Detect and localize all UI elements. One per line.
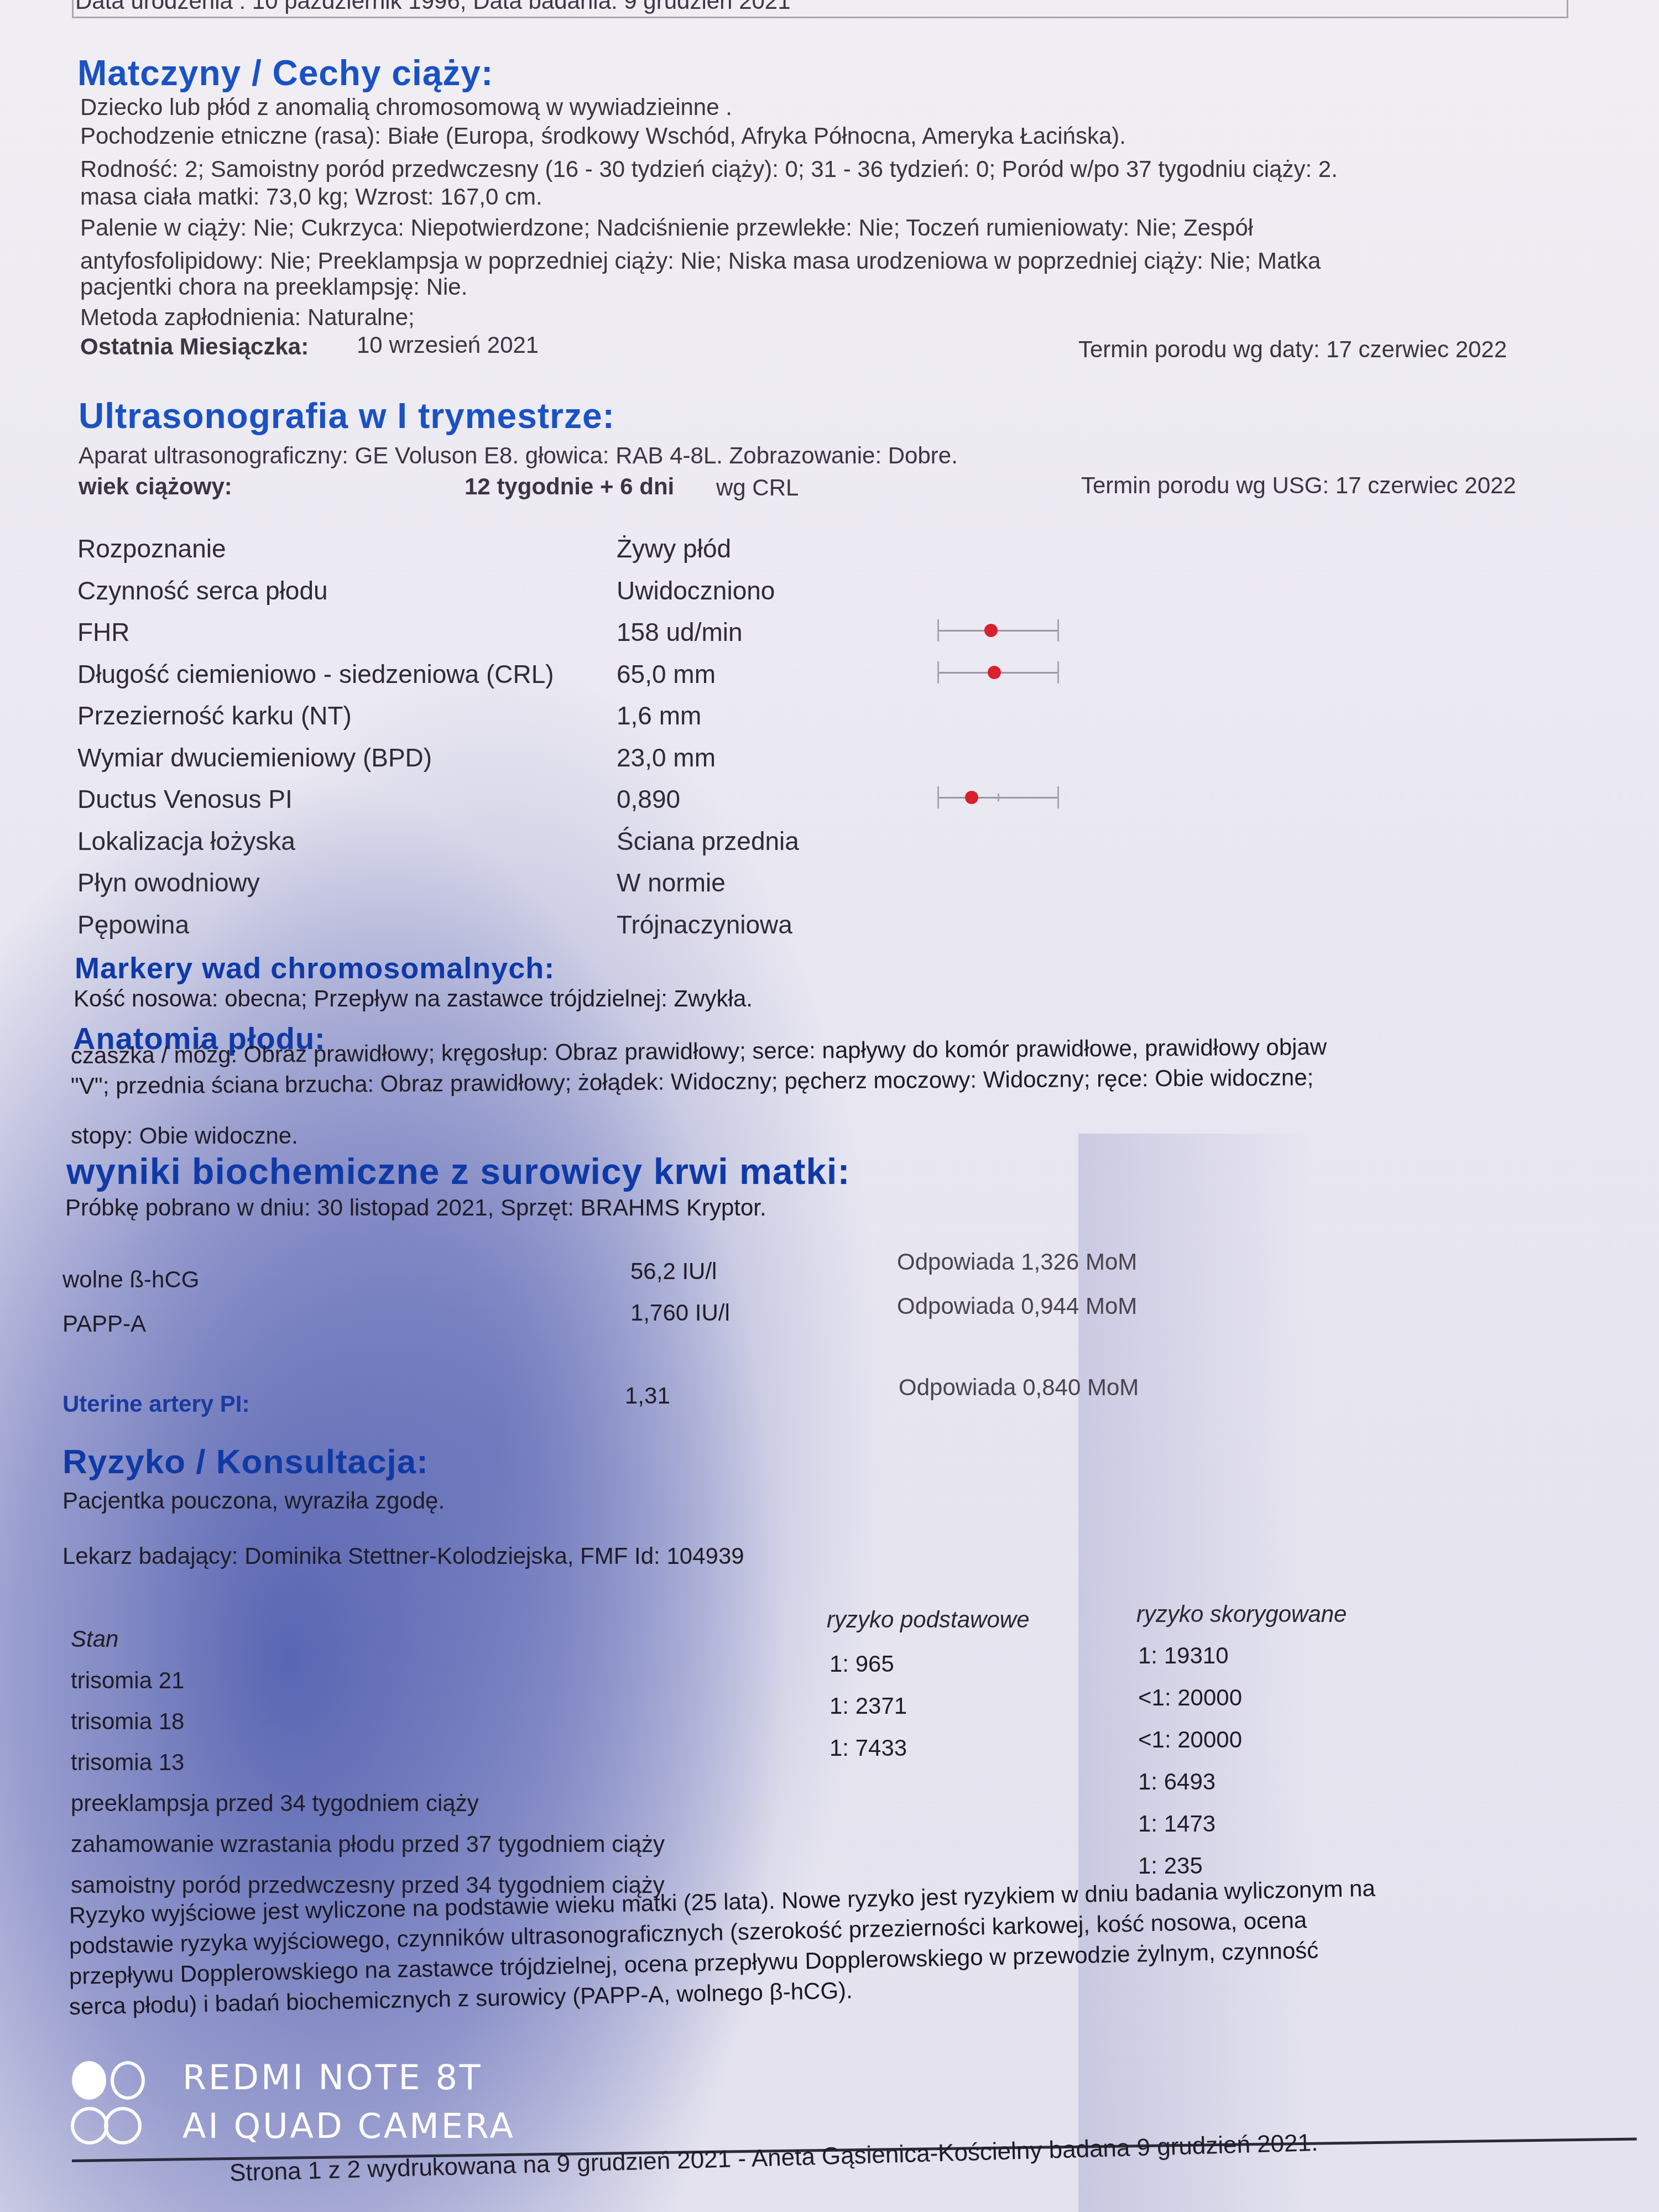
risk-adjusted-value: 1: 19310 [1138, 1642, 1229, 1669]
maternal-line: antyfosfolipidowy: Nie; Preeklampsja w p… [80, 248, 1321, 274]
reference-range-gauge [937, 786, 1059, 808]
biochem-mom: Odpowiada 1,326 MoM [897, 1249, 1137, 1275]
risk-base-value: 1: 7433 [830, 1735, 907, 1761]
document-page: Data urodzenia : 10 październik 1996, Da… [0, 0, 1659, 2212]
biochem-value: 1,760 IU/l [630, 1300, 730, 1326]
uterine-artery-mom: Odpowiada 0,840 MoM [899, 1374, 1139, 1401]
ultrasound-row-value: 158 ud/min [617, 617, 743, 647]
risk-condition: preeklampsja przed 34 tygodniem ciąży [71, 1790, 479, 1817]
risk-header-condition: Stan [71, 1626, 118, 1652]
risk-header-adjusted: ryzyko skorygowane [1136, 1601, 1347, 1627]
biochem-sample-line: Próbkę pobrano w dniu: 30 listopad 2021,… [65, 1194, 766, 1221]
section-title-maternal: Matczyny / Cechy ciąży: [77, 53, 493, 93]
uterine-artery-label: Uterine artery PI: [62, 1391, 249, 1417]
risk-condition: trisomia 13 [71, 1749, 184, 1776]
ultrasound-row-value: Trójnaczyniowa [617, 910, 792, 940]
ultrasound-row-label: Wymiar dwuciemieniowy (BPD) [77, 743, 432, 773]
watermark-dot-icon [72, 2061, 106, 2100]
ultrasound-row-value: 65,0 mm [617, 659, 716, 689]
risk-condition: trisomia 21 [71, 1667, 184, 1694]
watermark-model: REDMI NOTE 8T [182, 2057, 483, 2098]
ultrasound-row-label: FHR [77, 617, 130, 647]
ultrasound-row-value: Ściana przednia [617, 826, 799, 856]
biochem-mom: Odpowiada 0,944 MoM [897, 1293, 1137, 1319]
maternal-line: pacjentki chora na preeklampsję: Nie. [80, 274, 467, 300]
ultrasound-row-label: Płyn owodniowy [77, 868, 260, 898]
reference-range-gauge [937, 619, 1059, 641]
anatomy-line: "V"; przednia ściana brzucha: Obraz praw… [71, 1064, 1314, 1099]
measurement-marker [984, 624, 998, 637]
risk-adjusted-value: 1: 6493 [1138, 1768, 1215, 1795]
ultrasound-row-value: Żywy płód [617, 534, 731, 564]
risk-adjusted-value: <1: 20000 [1138, 1684, 1242, 1711]
ultrasound-row-value: 1,6 mm [617, 701, 701, 731]
ultrasound-row-label: Ductus Venosus PI [77, 784, 293, 814]
markers-text: Kość nosowa: obecna; Przepływ na zastawc… [74, 985, 753, 1012]
reference-range-gauge [937, 661, 1059, 684]
maternal-line: Palenie w ciąży: Nie; Cukrzyca: Niepotwi… [80, 215, 1253, 241]
due-date-by-usg: Termin porodu wg USG: 17 czerwiec 2022 [1081, 472, 1516, 499]
risk-condition: trisomia 18 [71, 1708, 184, 1735]
maternal-line: Dziecko lub płód z anomalią chromosomową… [80, 94, 732, 121]
gestational-age-label: wiek ciążowy: [79, 473, 232, 500]
biochem-label: PAPP-A [62, 1311, 146, 1337]
uterine-artery-value: 1,31 [625, 1383, 670, 1409]
ultrasound-row-value: 23,0 mm [617, 743, 716, 773]
biochem-label: wolne ß-hCG [62, 1266, 199, 1293]
patient-header-text: Data urodzenia : 10 październik 1996, Da… [75, 0, 791, 14]
risk-adjusted-value: 1: 235 [1138, 1853, 1203, 1879]
lmp-value: 10 wrzesień 2021 [357, 332, 539, 358]
maternal-line: Pochodzenie etniczne (rasa): Białe (Euro… [80, 123, 1126, 149]
watermark-ring-icon [111, 2061, 145, 2100]
anatomy-line: stopy: Obie widoczne. [71, 1123, 298, 1149]
ultrasound-row-value: 0,890 [617, 784, 680, 814]
measurement-marker [965, 791, 978, 804]
risk-base-value: 1: 965 [830, 1651, 894, 1677]
risk-header-base: ryzyko podstawowe [827, 1606, 1030, 1633]
ultrasound-row-label: Lokalizacja łożyska [77, 826, 295, 856]
watermark-infinity-icon [71, 2107, 148, 2146]
biochem-value: 56,2 IU/l [630, 1258, 717, 1285]
risk-base-value: 1: 2371 [830, 1693, 907, 1719]
risk-adjusted-value: <1: 20000 [1138, 1726, 1242, 1753]
section-title-risk: Ryzyko / Konsultacja: [62, 1442, 429, 1481]
ultrasound-row-label: Rozpoznanie [77, 534, 226, 564]
ultrasound-row-label: Czynność serca płodu [77, 576, 328, 606]
consent-text: Pacjentka pouczona, wyraziła zgodę. [62, 1488, 445, 1514]
lmp-label: Ostatnia Miesiączka: [80, 333, 309, 360]
section-title-markers: Markery wad chromosomalnych: [75, 951, 555, 985]
ultrasound-row-label: Przezierność karku (NT) [77, 701, 352, 731]
gestational-age-method: wg CRL [716, 474, 799, 501]
due-date-by-date: Termin porodu wg daty: 17 czerwiec 2022 [1078, 336, 1507, 363]
measurement-marker [988, 666, 1001, 679]
section-title-biochem: wyniki biochemiczne z surowicy krwi matk… [66, 1150, 850, 1192]
examining-doctor: Lekarz badający: Dominika Stettner-Kolod… [62, 1543, 744, 1569]
ultrasound-row-label: Pępowina [77, 910, 189, 940]
ultrasound-row-label: Długość ciemieniowo - siedzeniowa (CRL) [77, 659, 554, 689]
risk-adjusted-value: 1: 1473 [1138, 1811, 1215, 1837]
section-title-ultrasound: Ultrasonografia w I trymestrze: [79, 395, 615, 436]
ultrasound-row-value: Uwidoczniono [617, 576, 775, 606]
ultrasound-row-value: W normie [617, 868, 726, 898]
gestational-age-value: 12 tygodnie + 6 dni [465, 473, 674, 500]
risk-condition: zahamowanie wzrastania płodu przed 37 ty… [71, 1831, 665, 1858]
maternal-line: masa ciała matki: 73,0 kg; Wzrost: 167,0… [80, 184, 542, 210]
maternal-line: Metoda zapłodnienia: Naturalne; [80, 304, 415, 331]
watermark-camera: AI QUAD CAMERA [182, 2106, 515, 2146]
ultrasound-device: Aparat ultrasonograficzny: GE Voluson E8… [79, 442, 958, 469]
maternal-line: Rodność: 2; Samoistny poród przedwczesny… [80, 156, 1338, 182]
